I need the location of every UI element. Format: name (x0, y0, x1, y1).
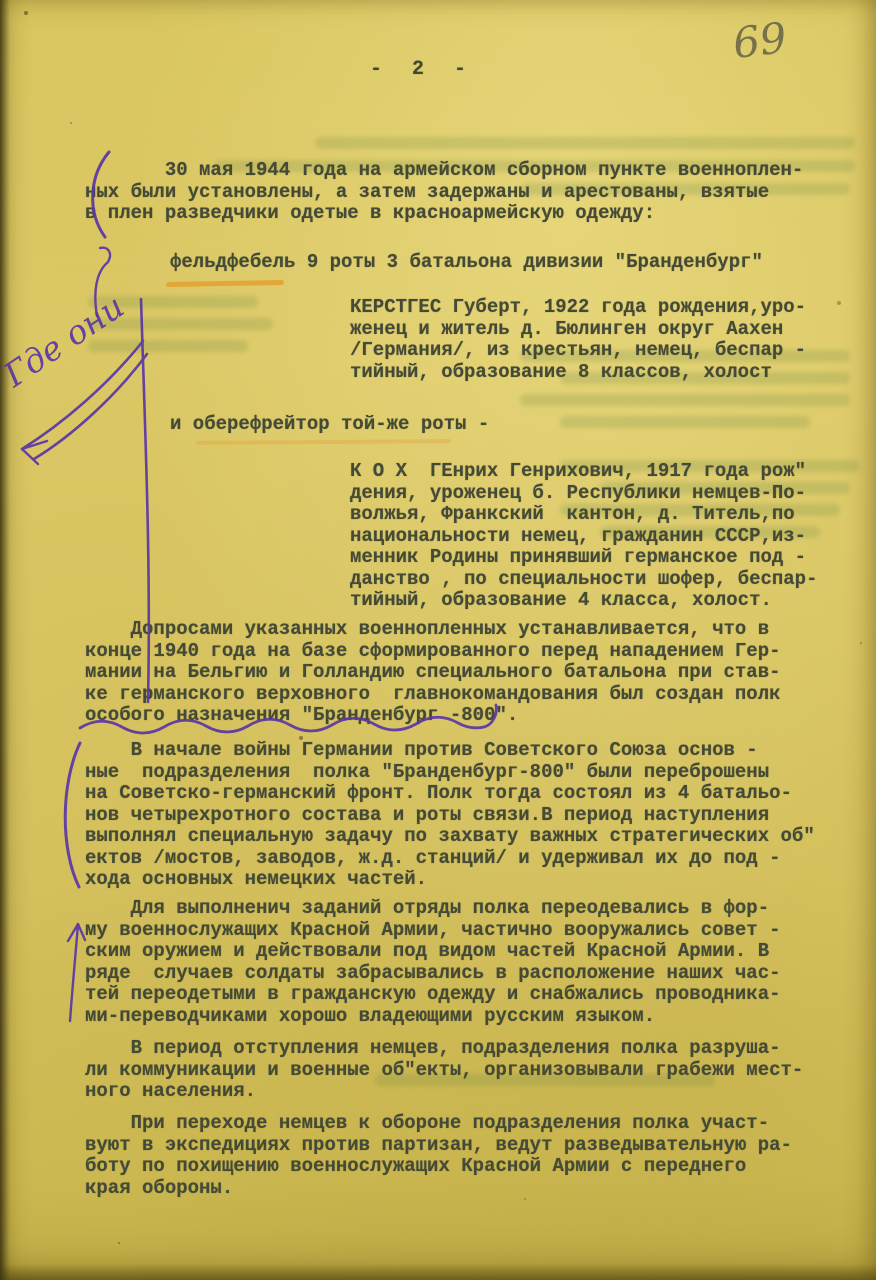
orange-underline-obergefreiter (196, 439, 451, 445)
orange-underline-feldwebel (166, 280, 284, 287)
paragraph-interrogation: Допросами указанных военнопленных устана… (85, 619, 781, 727)
paragraph-defense: При переходе немцев к обороне подразделе… (85, 1113, 792, 1199)
scan-bottom-edge-shadow (0, 1264, 876, 1280)
bleed-through (88, 318, 273, 330)
arrowhead (22, 441, 47, 464)
paragraph-arrest-intro: 30 мая 1944 года на армейском сборном пу… (85, 160, 803, 225)
folio-number-handwritten: 69 (730, 13, 789, 68)
heading-feldwebel: фельдфебель 9 роты 3 батальона дивизии "… (170, 252, 763, 274)
paper-specks (0, 0, 2, 2)
scan-left-edge-shadow (0, 0, 10, 1280)
heading-obergefreiter: и оберефрейтор той-же роты - (170, 414, 489, 436)
scanned-document-page: 69 - 2 - 30 мая 1944 года на армейском с… (0, 0, 876, 1280)
diagonal-stroke (34, 354, 147, 459)
prisoner-record-kerstges: КЕРСТГЕС Губерт, 1922 года рождения,уро-… (350, 297, 806, 383)
bleed-through (315, 137, 855, 149)
bleed-through (88, 340, 248, 352)
paragraph-disguise: Для выполненич заданий отряды полка пере… (85, 898, 781, 1027)
bleed-through (520, 394, 850, 406)
prisoner-record-koch: К О Х ГЕнрих Генрихович, 1917 года рож" … (350, 461, 817, 612)
bleed-through (88, 296, 258, 308)
margin-arrow-up (68, 924, 85, 1021)
paragraph-war-start: В начале войны Германии против Советског… (85, 740, 815, 891)
diagonal-stroke (22, 341, 143, 449)
margin-bracket-middle (65, 743, 80, 887)
bleed-through (560, 416, 810, 428)
page-number: - 2 - (370, 58, 475, 82)
paragraph-retreat: В период отступления немцев, подразделен… (85, 1038, 803, 1103)
